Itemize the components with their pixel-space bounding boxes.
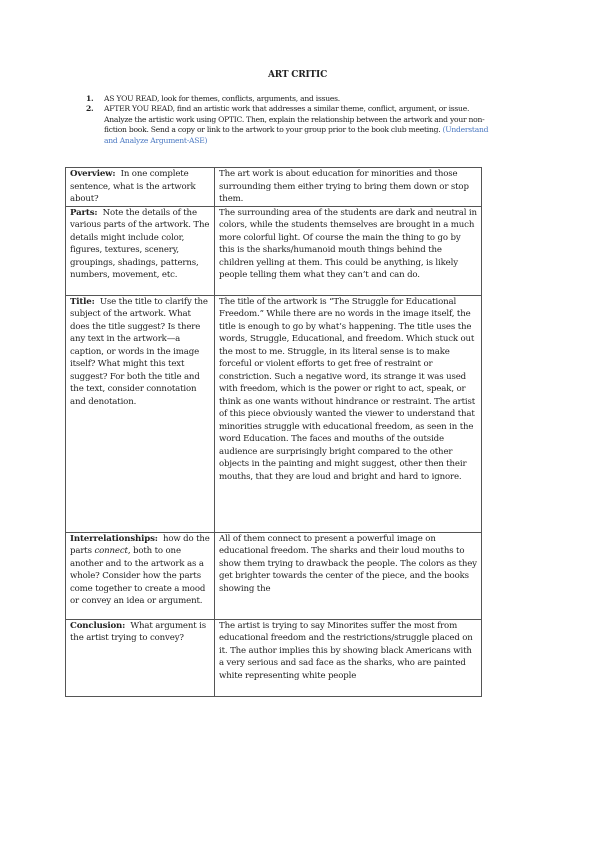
page-title: ART CRITIC — [0, 70, 595, 80]
instruction-text: AFTER YOU READ, find an artistic work th… — [104, 104, 484, 134]
response-cell[interactable]: The title of the artwork is “The Struggl… — [215, 295, 482, 532]
row-label: Conclusion: — [70, 621, 125, 631]
optic-table: Overview: In one complete sentence, what… — [65, 167, 482, 697]
row-prompt: Use the title to clarify the subject of … — [70, 297, 208, 407]
row-label: Overview: — [70, 169, 115, 179]
instruction-item: 1. AS YOU READ, look for themes, conflic… — [86, 94, 496, 104]
table-row-conclusion: Conclusion: What argument is the artist … — [66, 619, 482, 696]
table-row-interrelationships: Interrelationships: how do the parts con… — [66, 532, 482, 619]
row-label: Title: — [70, 297, 95, 307]
prompt-cell: Interrelationships: how do the parts con… — [66, 532, 215, 619]
response-cell[interactable]: The surrounding area of the students are… — [215, 206, 482, 295]
table-row-overview: Overview: In one complete sentence, what… — [66, 168, 482, 207]
prompt-cell: Conclusion: What argument is the artist … — [66, 619, 215, 696]
response-cell[interactable]: The artist is trying to say Minorites su… — [215, 619, 482, 696]
row-label: Parts: — [70, 208, 97, 218]
prompt-cell: Parts: Note the details of the various p… — [66, 206, 215, 295]
instruction-text: AS YOU READ, look for themes, conflicts,… — [104, 94, 340, 103]
response-cell[interactable]: The art work is about education for mino… — [215, 168, 482, 207]
table-row-parts: Parts: Note the details of the various p… — [66, 206, 482, 295]
response-cell[interactable]: All of them connect to present a powerfu… — [215, 532, 482, 619]
table-row-title: Title: Use the title to clarify the subj… — [66, 295, 482, 532]
row-label: Interrelationships: — [70, 534, 158, 544]
instruction-item: 2. AFTER YOU READ, find an artistic work… — [86, 104, 496, 146]
row-prompt-emphasis: connect — [94, 546, 127, 556]
instructions-list: 1. AS YOU READ, look for themes, conflic… — [86, 94, 496, 146]
row-prompt: Note the details of the various parts of… — [70, 208, 209, 281]
instruction-number: 2. — [86, 104, 93, 114]
instruction-number: 1. — [86, 94, 93, 104]
prompt-cell: Overview: In one complete sentence, what… — [66, 168, 215, 207]
prompt-cell: Title: Use the title to clarify the subj… — [66, 295, 215, 532]
